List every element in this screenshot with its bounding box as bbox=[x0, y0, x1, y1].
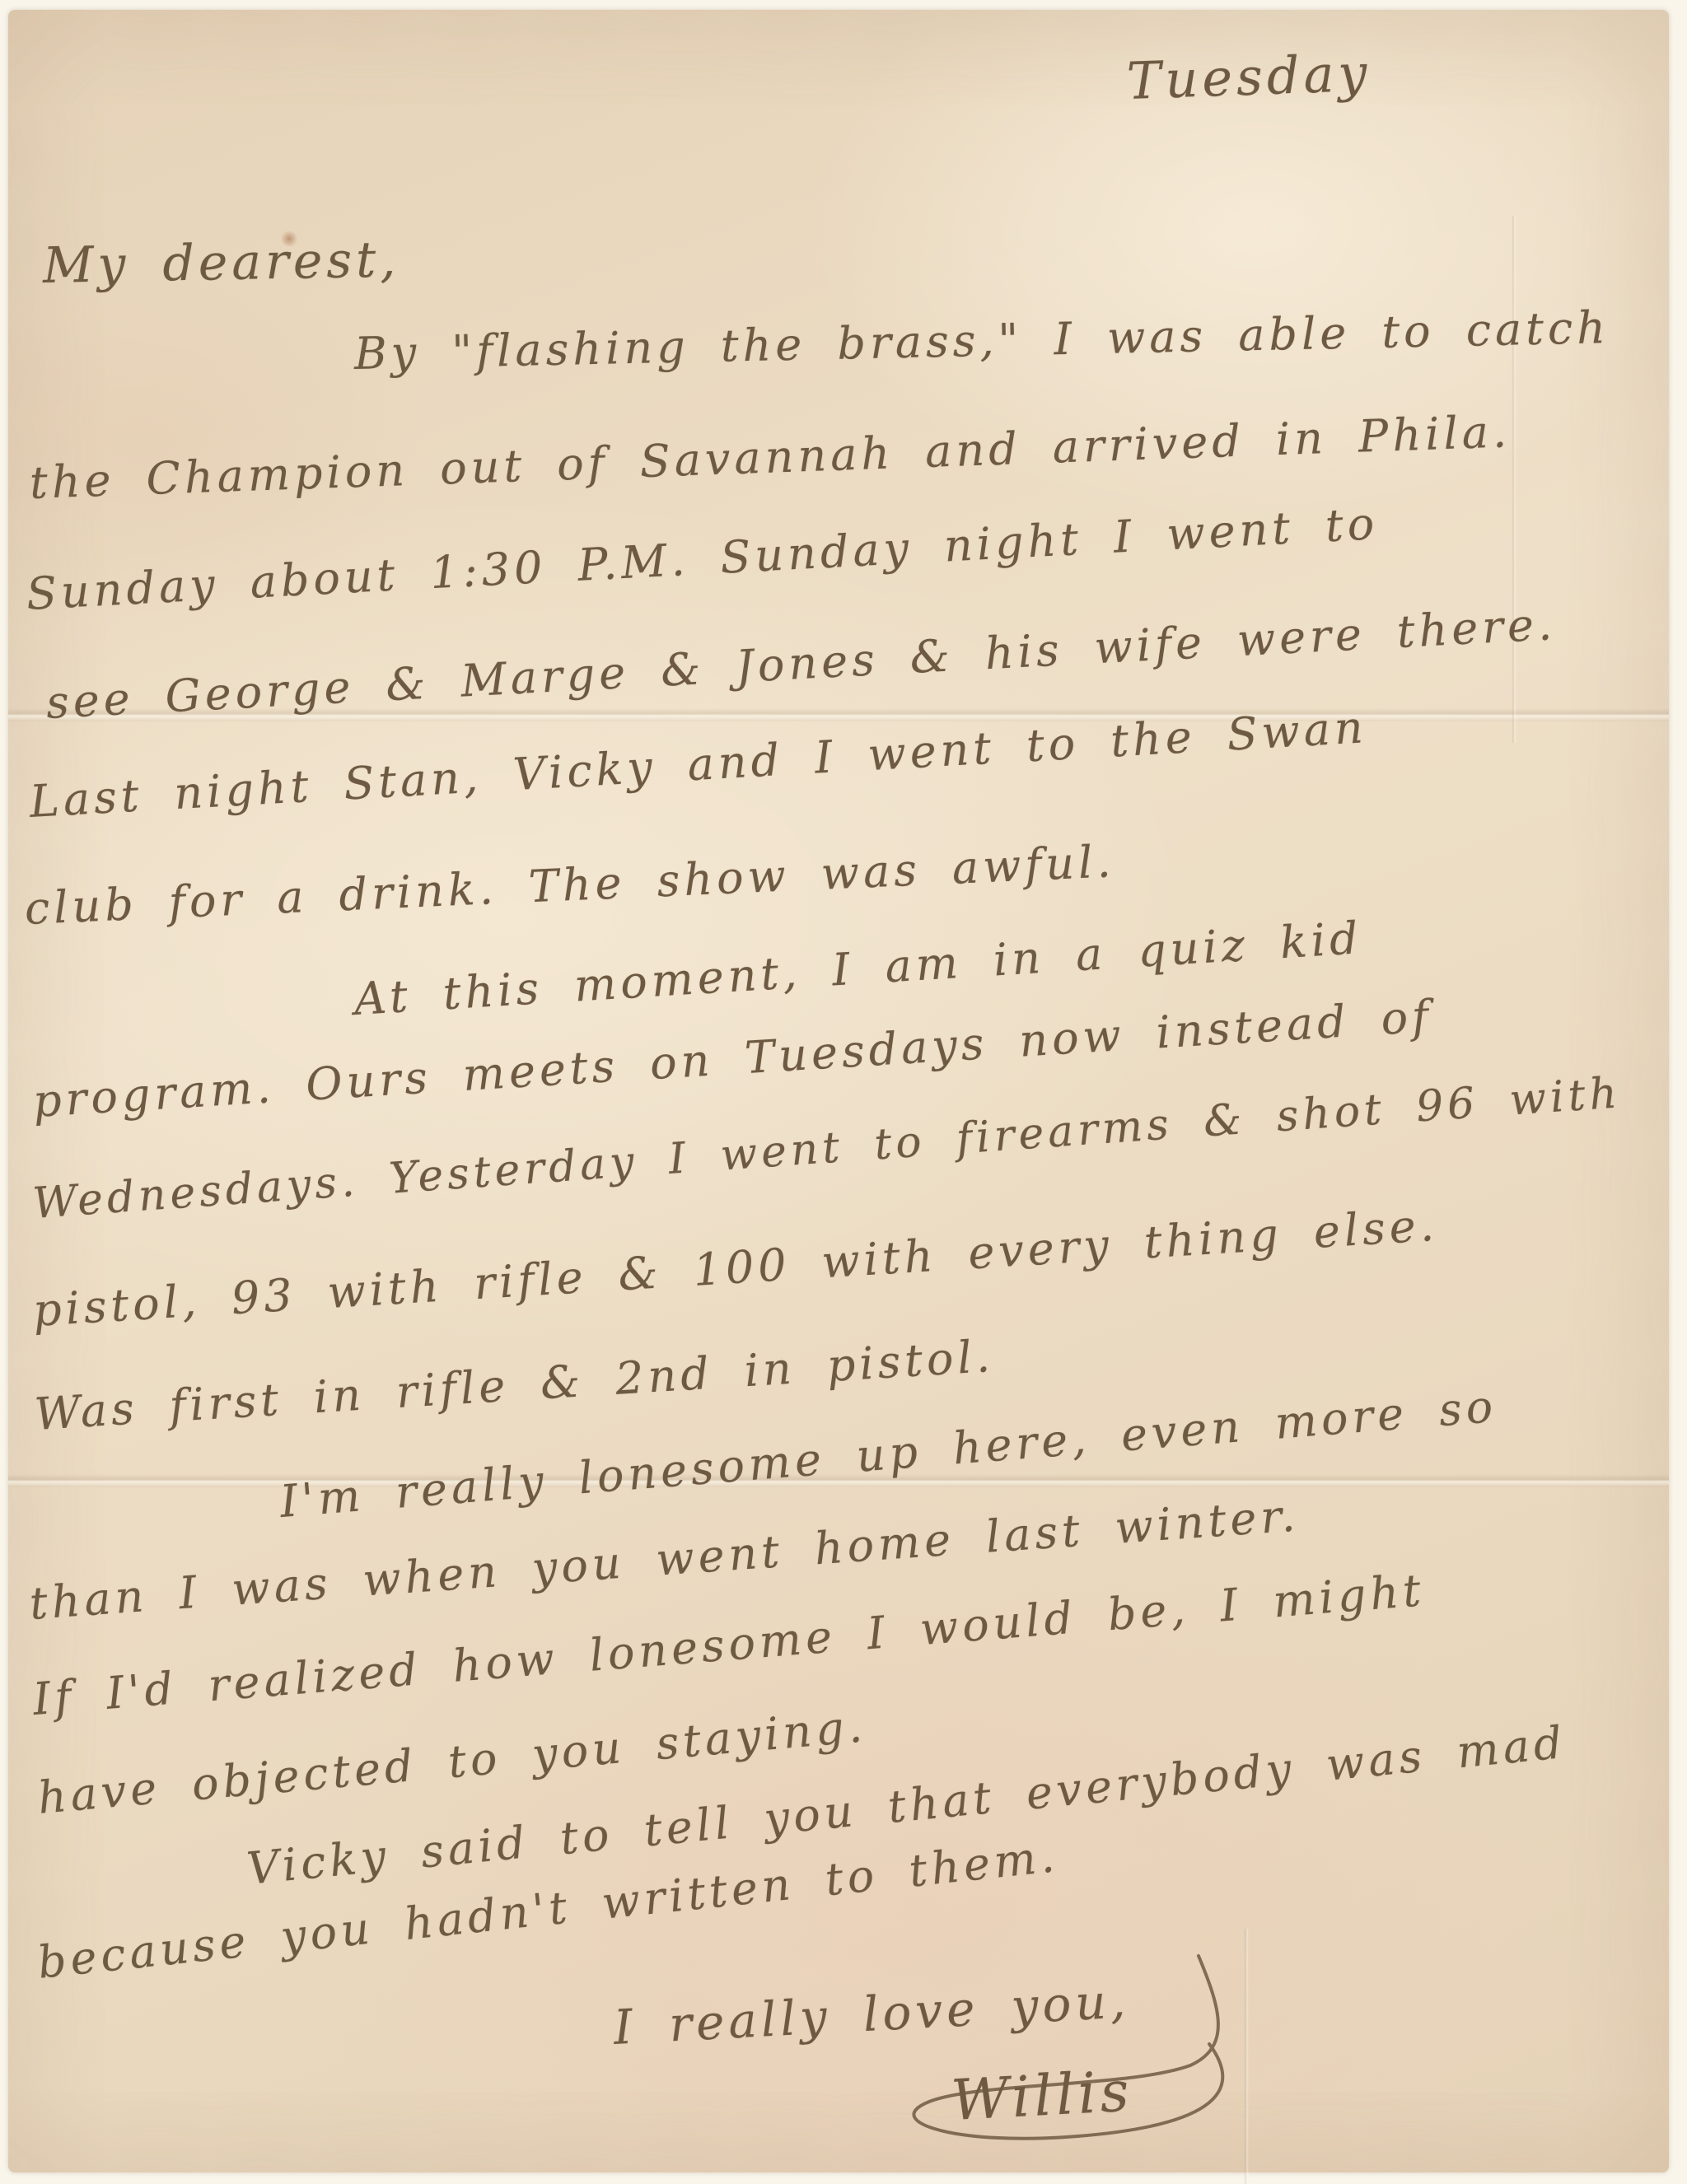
salutation: My dearest, bbox=[42, 231, 400, 295]
vertical-crease bbox=[1512, 216, 1516, 743]
signature: Willis bbox=[950, 2060, 1134, 2134]
scanned-letter: Tuesday My dearest, By "flashing the bra… bbox=[0, 0, 1687, 2184]
date-line: Tuesday bbox=[1126, 43, 1372, 111]
vertical-crease bbox=[1244, 1929, 1249, 2184]
